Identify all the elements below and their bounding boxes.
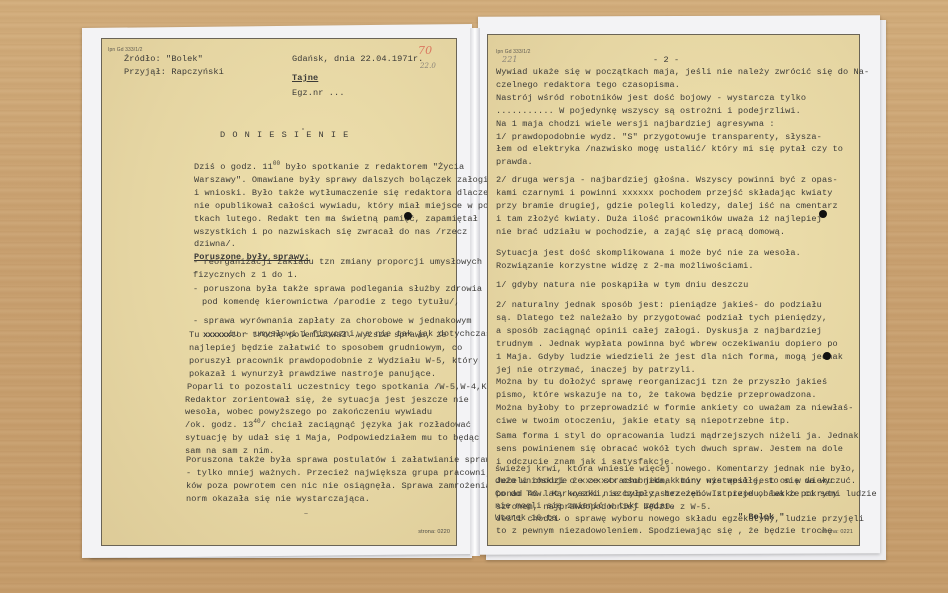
issue-item: - reorganizacji zakładu tzn zmiany propo… xyxy=(193,256,498,269)
issue-item-cont: pod komendę kierownictwa /parodie z tego… xyxy=(202,296,498,309)
document-page-left: Ipn Gd 333/1/2 Źródło: "Bolek" Przyjął: … xyxy=(101,38,457,546)
section-interview: Wywiad ukaże się w początkach maja, jeśl… xyxy=(496,66,869,169)
paragraph-meeting: Dziś o godz. 1100 było spotkanie z redak… xyxy=(194,161,509,264)
text-line: Wywiad ukaże się w początkach maja, jeśl… xyxy=(496,66,869,79)
page-footer: strona: 0221 xyxy=(821,526,853,539)
handwritten-page-number: 70 xyxy=(418,45,432,58)
text-line: i tam złożyć kwiaty. Duża ilość pracowni… xyxy=(496,213,838,226)
text-line: ........... W pojedynkę wszyscy są ostro… xyxy=(496,105,869,118)
text-line: kami czarnymi i powinni xxxxxx pochodem … xyxy=(496,187,838,200)
page-footer: strona: 0220 xyxy=(418,526,450,539)
paper-speck xyxy=(302,128,304,130)
struck-out-word: xxxxxx xyxy=(203,329,230,342)
issue-item: - poruszona była także sprawa podlegania… xyxy=(193,283,498,296)
text-line: Można byłoby to przeprowadzić w formie a… xyxy=(496,402,853,415)
place-date: Gdańsk, dnia 22.04.1971r. xyxy=(292,53,423,66)
text-line: wesoła, wobec powyższego po zakończeniu … xyxy=(185,406,502,419)
section-executive-lower: świeżej krwi, która wniesie więcej noweg… xyxy=(495,463,877,524)
text-line: /ok. godz. 1340/ chciał zaciągnąć języka… xyxy=(185,419,502,432)
punch-hole xyxy=(823,352,831,360)
text-line: Sama forma i styl do opracowania ludzi m… xyxy=(496,430,859,443)
punch-hole xyxy=(819,210,827,218)
text-line: nie mogli się zmienić w takt zmian. xyxy=(495,500,877,512)
section-option-two: 2/ naturalny jednak sposób jest: pieniąd… xyxy=(496,299,853,428)
text-line: - tylko mniej ważnych. Przecież najwięks… xyxy=(186,467,491,480)
text-line: Tu redaktor trochę polemizował. Wyższa s… xyxy=(189,329,502,342)
text-line: norm okazała się nie wystarczająca. xyxy=(186,493,491,506)
punch-hole xyxy=(404,212,412,220)
text-line: Redaktor zorientował się, że sytuacja je… xyxy=(185,394,502,407)
text-line: sens powinienem się obracać wokół tych d… xyxy=(496,443,859,456)
text-line: 1/ prawdopodobnie wydz. "S" przygotowuje… xyxy=(496,131,869,144)
text-line: poruszył pracownik prawdopodobnie z Wydz… xyxy=(189,355,502,368)
text-line: tkach lutego. Redakt ten ma świetną pami… xyxy=(194,213,509,226)
section-second-version: 2/ druga wersja - najbardziej głośna. Ws… xyxy=(496,174,838,239)
text-line: ków poza powrotem cen nic nie osiągnęła.… xyxy=(186,480,491,493)
document-title: D O N I E S I E N I E xyxy=(220,129,349,142)
text-line: Dziś o godz. 1100 było spotkanie z redak… xyxy=(194,161,509,174)
text-line: 2/ naturalny jednak sposób jest: pieniąd… xyxy=(496,299,853,312)
text-line: Co do Tow. Karkoszki nie było zastrzeżeń… xyxy=(495,488,877,500)
text-line: Na 1 maja chodzi wiele wersji najbardzie… xyxy=(496,118,869,131)
text-line: i wnioski. Było także wytłumaczenie się … xyxy=(194,187,509,200)
paragraph-postulates: Poruszona także była sprawa postulatów i… xyxy=(186,454,491,506)
paragraph-editor: Tu redaktor trochę polemizował. Wyższa s… xyxy=(189,329,502,458)
text-line: sytuację by udał się 1 Maja, Podpowiedzi… xyxy=(185,432,502,445)
closing-day: Wtorek 16-ta. xyxy=(495,512,877,524)
handwritten-note: 22.0 xyxy=(420,60,436,73)
source-line: Źródło: "Bolek" xyxy=(124,53,203,66)
text-line: 1 Maja. Gdyby ludzie wiedzieli że jest d… xyxy=(496,351,853,364)
signature: " Bolek " xyxy=(738,512,784,522)
received-by-line: Przyjął: Rapczyński xyxy=(124,66,224,79)
text-line: Sytuacja jest dość skomplikowana i może … xyxy=(496,247,801,260)
classification-label: Tajne xyxy=(292,72,318,85)
text-line: to z pewnym niezadowoleniem. Spodziewają… xyxy=(496,525,832,537)
text-line: prawda. xyxy=(496,156,869,169)
text-line: najlepiej będzie załatwić to sposobem gr… xyxy=(189,342,502,355)
text-line: pokazał i wynurzył prawdziwe nastroje pa… xyxy=(189,368,502,381)
text-line: nie brać udziału w pochodzie, a zająć si… xyxy=(496,226,838,239)
issues-list: - reorganizacji zakładu tzn zmiany propo… xyxy=(193,256,498,340)
page-marker: - 2 - xyxy=(653,54,679,67)
section-executive-cont: to z pewnym niezadowoleniem. Spodziewają… xyxy=(496,525,832,537)
text-line: czelnego redaktora tego czasopisma. xyxy=(496,79,869,92)
text-line: są. Dlatego też należało by przygotować … xyxy=(496,312,853,325)
text-line: Poparli to pozostali uczestnicy tego spo… xyxy=(187,381,502,394)
text-line: jej nie otrzymać, inaczej by patrzyli. xyxy=(496,364,853,377)
text-line: a sposób zaciągnąć opinii całej załogi. … xyxy=(496,325,853,338)
text-line: nie opublikował całości wywiadu, który m… xyxy=(194,200,509,213)
text-line: 1/ gdyby natura nie poskąpiła w tym dniu… xyxy=(496,279,748,292)
text-line: trudnym . Jednak wypłata powinna być wbr… xyxy=(496,338,853,351)
text-line: 2/ druga wersja - najbardziej głośna. Ws… xyxy=(496,174,838,187)
text-line: dużo wnioskuje że ze strachu jednak miny… xyxy=(495,475,877,487)
text-line: Rozwiązanie korzystne widzę z 2-ma możli… xyxy=(496,260,801,273)
text-line: dziwna/. xyxy=(194,238,509,251)
text-line: Nastrój wśród robotników jest dość bojow… xyxy=(496,92,869,105)
text-line: świeżej krwi, która wniesie więcej noweg… xyxy=(495,463,877,475)
text-line: przy bramie drugiej, gdzie polegli koled… xyxy=(496,200,838,213)
text-line: pismo, które wskazuje na to, że takowa b… xyxy=(496,389,853,402)
text-line: Poruszona także była sprawa postulatów i… xyxy=(186,454,491,467)
issue-item: - sprawa wyrównania zapłaty za chorobowe… xyxy=(193,315,498,328)
handwritten-page-number: 221 xyxy=(502,54,518,67)
text-line: ciwe w twoim otoczeniu, jakie etaty są n… xyxy=(496,415,853,428)
text-line: Można by tu dołożyć sprawę reorganizacji… xyxy=(496,376,853,389)
issue-item-cont: fizycznych z 1 do 1. xyxy=(193,269,498,282)
paper-speck xyxy=(304,513,308,514)
copy-number: Egz.nr ... xyxy=(292,87,345,100)
text-line: łem od elektryka /nazwisko mogę ustalić/… xyxy=(496,143,869,156)
section-option-one: 1/ gdyby natura nie poskąpiła w tym dniu… xyxy=(496,279,748,292)
text-line: wszystkich i po nazwiskach się zwracał d… xyxy=(194,226,509,239)
text-line: Warszawy". Omawiane były sprawy dalszych… xyxy=(194,174,509,187)
section-situation: Sytuacja jest dość skomplikowana i może … xyxy=(496,247,801,273)
